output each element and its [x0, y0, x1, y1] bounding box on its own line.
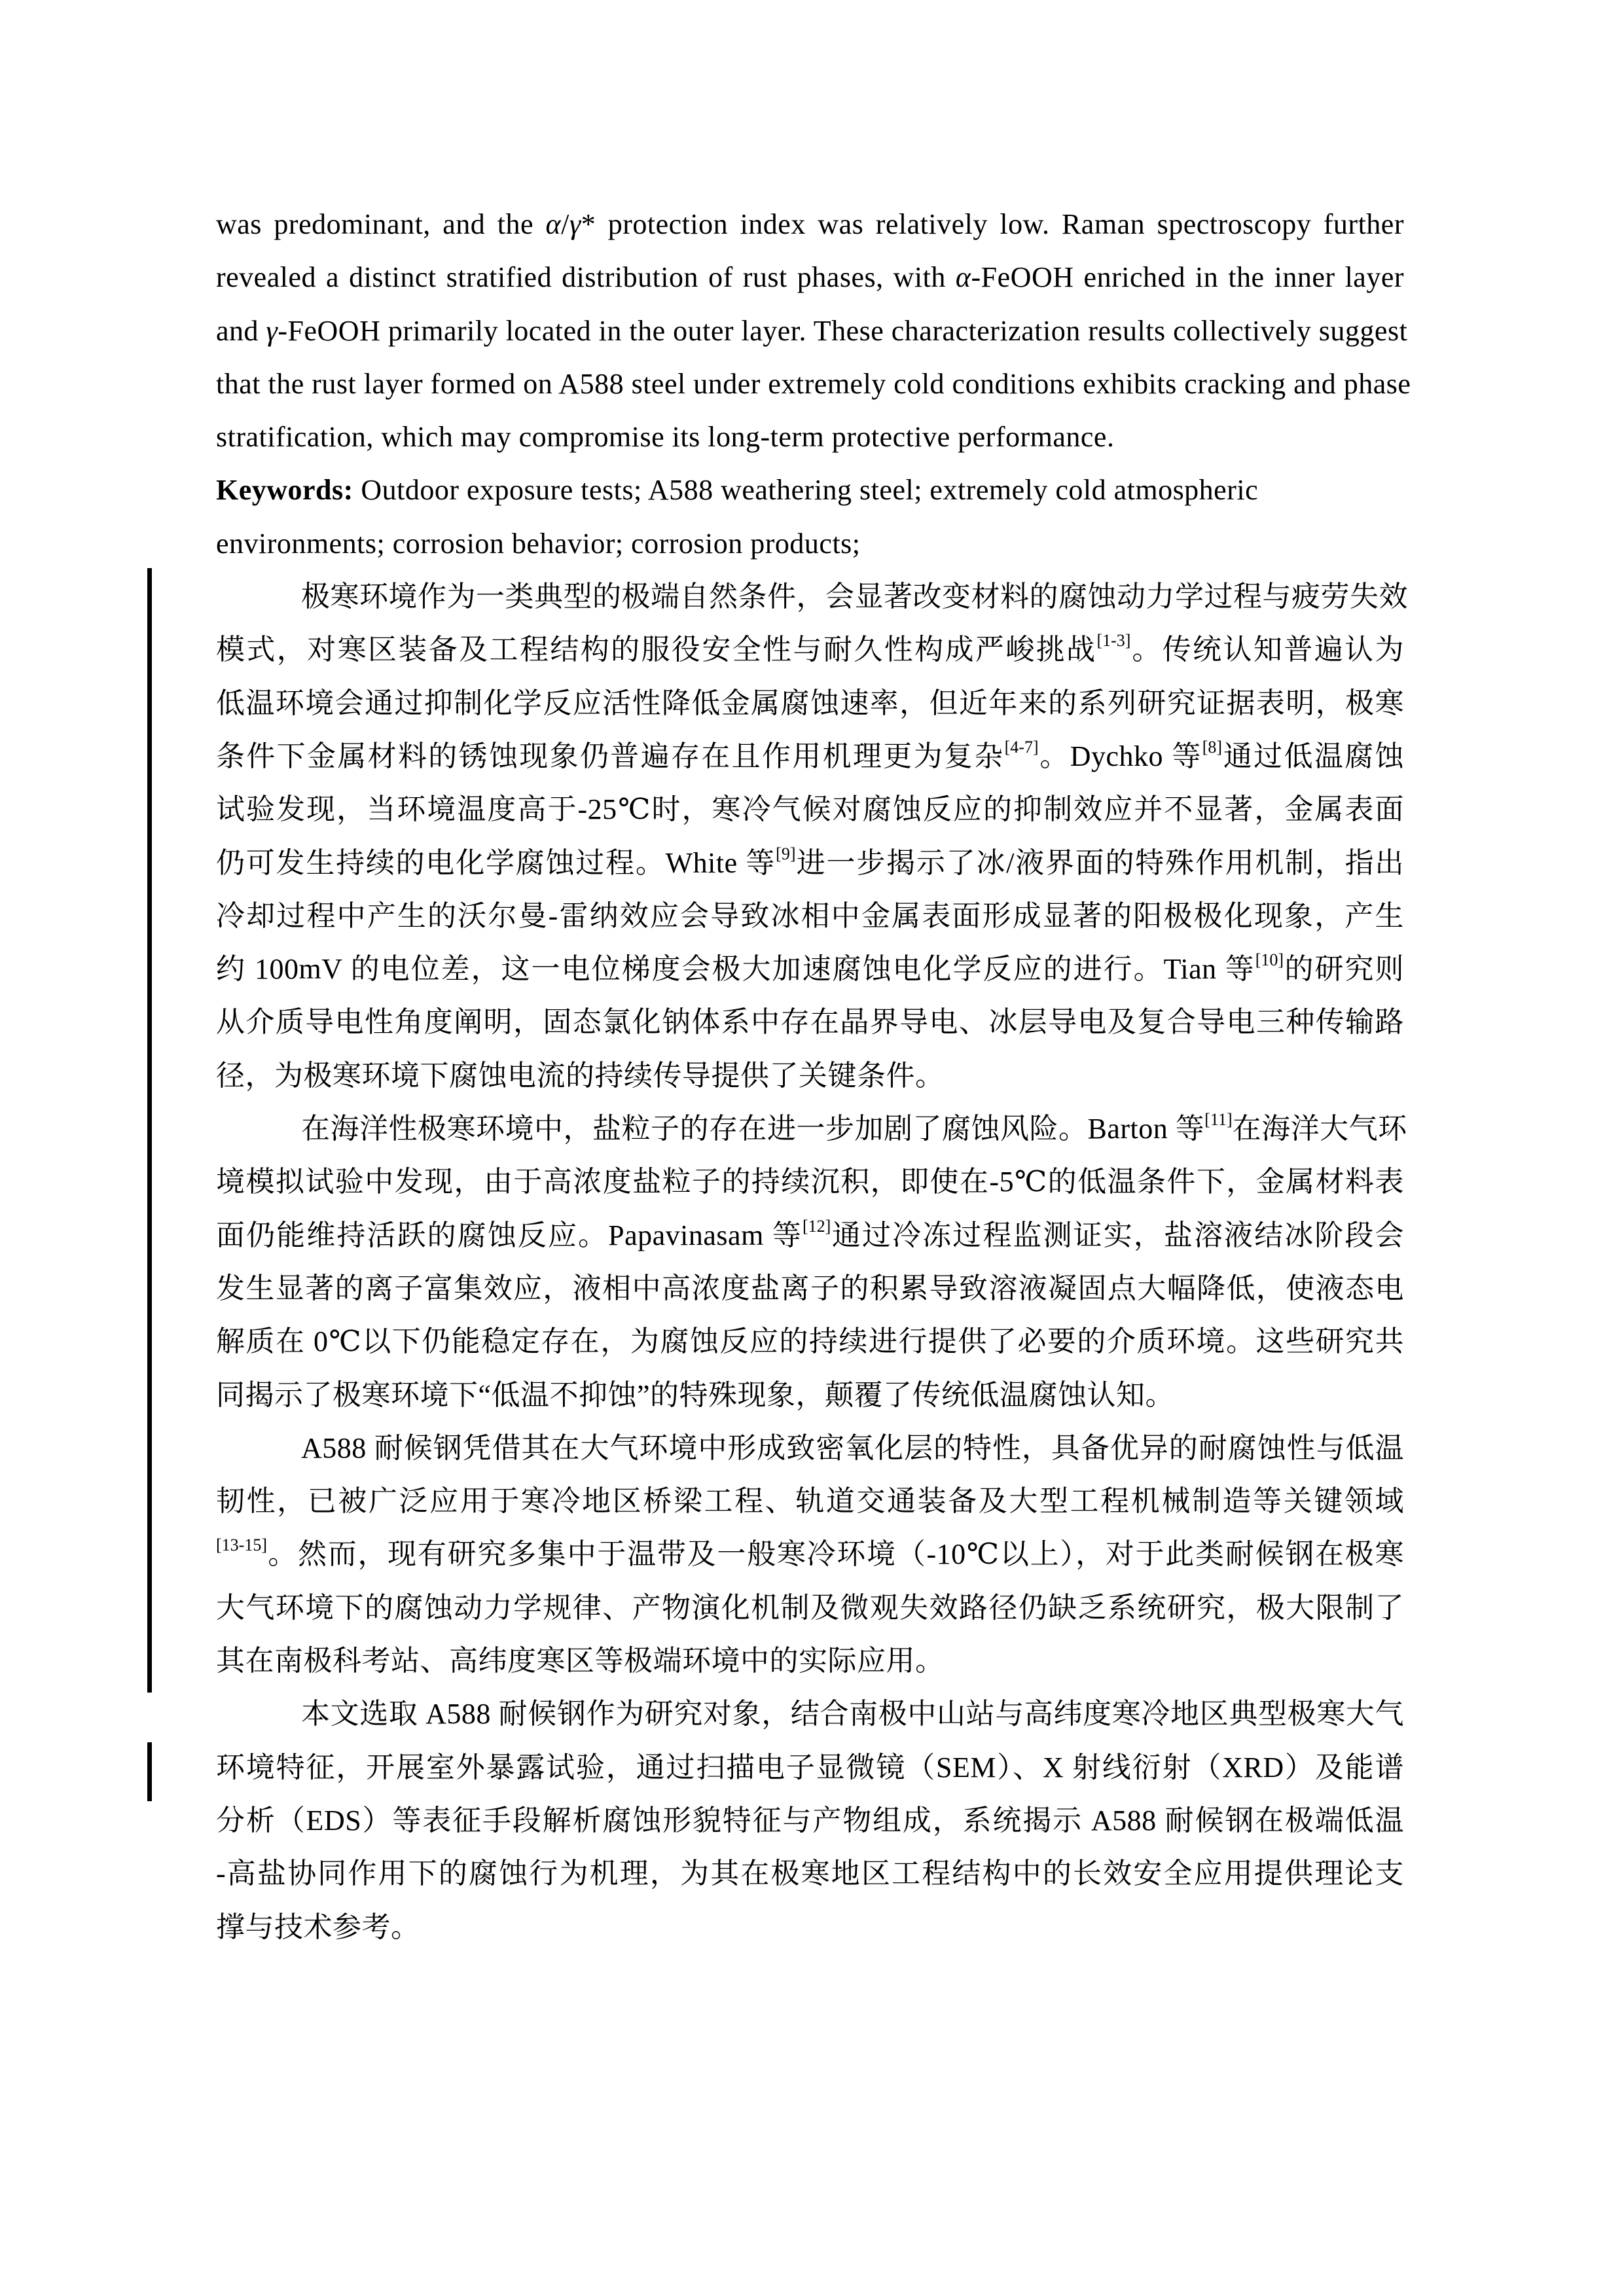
citation-superscript: [12] — [803, 1217, 831, 1236]
text-segment: 约 100mV 的电位差，这一电位梯度会极大加速腐蚀电化学反应的进行。Tian … — [216, 953, 1255, 985]
text-line: 冷却过程中产生的沃尔曼-雷纳效应会导致冰相中金属表面形成显著的阳极极化现象，产生 — [216, 889, 1404, 942]
revision-bar-long — [147, 568, 152, 1693]
text-segment: was predominant, and the — [216, 208, 546, 240]
text-line: 分析（EDS）等表征手段解析腐蚀形貌特征与产物组成，系统揭示 A588 耐候钢在… — [216, 1794, 1404, 1847]
text-segment: / — [561, 208, 569, 240]
text-segment: revealed a distinct stratified distribut… — [216, 261, 956, 293]
text-segment: 。Dychko 等 — [1039, 740, 1202, 772]
text-segment: 试验发现，当环境温度高于-25℃时，寒冷气候对腐蚀反应的抑制效应并不显著，金属表… — [216, 793, 1404, 825]
text-segment: 仍可发生持续的电化学腐蚀过程。White 等 — [216, 847, 776, 879]
text-segment: 进一步揭示了冰/液界面的特殊作用机制，指出 — [796, 847, 1404, 879]
text-segment: Keywords: — [216, 474, 353, 506]
text-segment: * protection index was relatively low. R… — [581, 208, 1404, 240]
text-line: -高盐协同作用下的腐蚀行为机理，为其在极寒地区工程结构中的长效安全应用提供理论支 — [216, 1847, 1404, 1900]
text-segment: 同揭示了极寒环境下“低温不抑蚀”的特殊现象，颠覆了传统低温腐蚀认知。 — [216, 1379, 1174, 1411]
text-segment: 发生显著的离子富集效应，液相中高浓度盐离子的积累导致溶液凝固点大幅降低，使液态电 — [216, 1272, 1404, 1304]
text-segment: 通过冷冻过程监测证实，盐溶液结冰阶段会 — [831, 1219, 1404, 1251]
text-line: Keywords: Outdoor exposure tests; A588 w… — [216, 463, 1404, 516]
text-segment: 韧性，已被广泛应用于寒冷地区桥梁工程、轨道交通装备及大型工程机械制造等关键领域 — [216, 1485, 1404, 1517]
text-segment: 面仍能维持活跃的腐蚀反应。Papavinasam 等 — [216, 1219, 803, 1251]
text-segment: 大气环境下的腐蚀动力学规律、产物演化机制及微观失效路径仍缺乏系统研究，极大限制了 — [216, 1592, 1404, 1624]
text-segment: 。传统认知普遍认为 — [1130, 634, 1404, 666]
citation-superscript: [9] — [776, 844, 795, 863]
text-line: that the rust layer formed on A588 steel… — [216, 357, 1404, 410]
text-segment: 在海洋性极寒环境中，盐粒子的存在进一步加剧了腐蚀风险。Barton 等 — [301, 1113, 1204, 1145]
text-line: stratification, which may compromise its… — [216, 410, 1404, 463]
text-segment: 。然而，现有研究多集中于温带及一般寒冷环境（-10℃以上），对于此类耐候钢在极寒 — [267, 1538, 1404, 1570]
citation-superscript: [10] — [1255, 950, 1284, 969]
text-line: 约 100mV 的电位差，这一电位梯度会极大加速腐蚀电化学反应的进行。Tian … — [216, 942, 1404, 996]
text-line: 在海洋性极寒环境中，盐粒子的存在进一步加剧了腐蚀风险。Barton 等[11]在… — [216, 1102, 1404, 1155]
text-line: 本文选取 A588 耐候钢作为研究对象，结合南极中山站与高纬度寒冷地区典型极寒大… — [216, 1687, 1404, 1740]
text-segment: -FeOOH primarily located in the outer la… — [278, 315, 1407, 347]
text-segment: α — [956, 261, 971, 293]
text-segment: 径，为极寒环境下腐蚀电流的持续传导提供了关键条件。 — [216, 1060, 945, 1092]
text-segment: that the rust layer formed on A588 steel… — [216, 368, 1411, 400]
text-line: 极寒环境作为一类典型的极端自然条件，会显著改变材料的腐蚀动力学过程与疲劳失效 — [216, 570, 1404, 623]
text-segment: 极寒环境作为一类典型的极端自然条件，会显著改变材料的腐蚀动力学过程与疲劳失效 — [301, 581, 1408, 613]
text-segment: 环境特征，开展室外暴露试验，通过扫描电子显微镜（SEM）、X 射线衍射（XRD）… — [216, 1751, 1404, 1784]
text-segment: 模式，对寒区装备及工程结构的服役安全性与耐久性构成严峻挑战 — [216, 634, 1096, 666]
text-block: was predominant, and the α/γ* protection… — [216, 198, 1404, 1954]
citation-superscript: [8] — [1202, 738, 1222, 757]
text-segment: 解质在 0℃以下仍能稳定存在，为腐蚀反应的持续进行提供了必要的介质环境。这些研究… — [216, 1325, 1404, 1357]
text-segment: α — [546, 208, 562, 240]
text-segment: 其在南极科考站、高纬度寒区等极端环境中的实际应用。 — [216, 1645, 945, 1677]
citation-superscript: [13-15] — [216, 1535, 267, 1554]
text-segment: 在海洋大气环 — [1233, 1113, 1407, 1145]
text-line: was predominant, and the α/γ* protection… — [216, 198, 1404, 251]
text-line: revealed a distinct stratified distribut… — [216, 251, 1404, 304]
text-line: [13-15]。然而，现有研究多集中于温带及一般寒冷环境（-10℃以上），对于此… — [216, 1528, 1404, 1581]
text-line: 韧性，已被广泛应用于寒冷地区桥梁工程、轨道交通装备及大型工程机械制造等关键领域 — [216, 1475, 1404, 1528]
text-segment: 撑与技术参考。 — [216, 1911, 420, 1943]
text-segment: and — [216, 315, 266, 347]
text-segment: 冷却过程中产生的沃尔曼-雷纳效应会导致冰相中金属表面形成显著的阳极极化现象，产生 — [216, 900, 1404, 932]
text-line: 低温环境会通过抑制化学反应活性降低金属腐蚀速率，但近年来的系列研究证据表明，极寒 — [216, 677, 1404, 730]
text-line: 环境特征，开展室外暴露试验，通过扫描电子显微镜（SEM）、X 射线衍射（XRD）… — [216, 1741, 1404, 1794]
text-line: 条件下金属材料的锈蚀现象仍普遍存在且作用机理更为复杂[4-7]。Dychko 等… — [216, 730, 1404, 783]
text-segment: 分析（EDS）等表征手段解析腐蚀形貌特征与产物组成，系统揭示 A588 耐候钢在… — [216, 1804, 1404, 1837]
text-segment: 低温环境会通过抑制化学反应活性降低金属腐蚀速率，但近年来的系列研究证据表明，极寒 — [216, 687, 1404, 719]
text-line: 大气环境下的腐蚀动力学规律、产物演化机制及微观失效路径仍缺乏系统研究，极大限制了 — [216, 1581, 1404, 1634]
text-segment: Outdoor exposure tests; A588 weathering … — [353, 474, 1258, 506]
text-line: 试验发现，当环境温度高于-25℃时，寒冷气候对腐蚀反应的抑制效应并不显著，金属表… — [216, 783, 1404, 836]
text-line: 径，为极寒环境下腐蚀电流的持续传导提供了关键条件。 — [216, 1049, 1404, 1102]
text-line: 其在南极科考站、高纬度寒区等极端环境中的实际应用。 — [216, 1634, 1404, 1687]
text-line: 模式，对寒区装备及工程结构的服役安全性与耐久性构成严峻挑战[1-3]。传统认知普… — [216, 623, 1404, 676]
text-segment: stratification, which may compromise its… — [216, 421, 1114, 453]
text-segment: environments; corrosion behavior; corros… — [216, 528, 861, 560]
text-segment: 本文选取 A588 耐候钢作为研究对象，结合南极中山站与高纬度寒冷地区典型极寒大… — [301, 1698, 1404, 1730]
text-segment: 条件下金属材料的锈蚀现象仍普遍存在且作用机理更为复杂 — [216, 740, 1005, 772]
text-segment: 的研究则 — [1284, 953, 1404, 985]
citation-superscript: [1-3] — [1096, 631, 1130, 650]
text-line: 解质在 0℃以下仍能稳定存在，为腐蚀反应的持续进行提供了必要的介质环境。这些研究… — [216, 1315, 1404, 1368]
text-segment: γ — [569, 208, 581, 240]
text-line: and γ-FeOOH primarily located in the out… — [216, 304, 1404, 357]
text-line: 境模拟试验中发现，由于高浓度盐粒子的持续沉积，即使在-5℃的低温条件下，金属材料… — [216, 1155, 1404, 1208]
text-line: 撑与技术参考。 — [216, 1901, 1404, 1954]
text-segment: A588 耐候钢凭借其在大气环境中形成致密氧化层的特性，具备优异的耐腐蚀性与低温 — [301, 1432, 1404, 1464]
text-segment: γ — [266, 315, 278, 347]
text-line: environments; corrosion behavior; corros… — [216, 517, 1404, 570]
text-segment: -高盐协同作用下的腐蚀行为机理，为其在极寒地区工程结构中的长效安全应用提供理论支 — [216, 1857, 1404, 1890]
text-line: A588 耐候钢凭借其在大气环境中形成致密氧化层的特性，具备优异的耐腐蚀性与低温 — [216, 1422, 1404, 1475]
text-segment: 从介质导电性角度阐明，固态氯化钠体系中存在晶界导电、冰层导电及复合导电三种传输路 — [216, 1006, 1404, 1038]
text-line: 仍可发生持续的电化学腐蚀过程。White 等[9]进一步揭示了冰/液界面的特殊作… — [216, 836, 1404, 889]
manuscript-page: was predominant, and the α/γ* protection… — [0, 0, 1624, 2296]
text-line: 同揭示了极寒环境下“低温不抑蚀”的特殊现象，颠覆了传统低温腐蚀认知。 — [216, 1369, 1404, 1422]
text-line: 从介质导电性角度阐明，固态氯化钠体系中存在晶界导电、冰层导电及复合导电三种传输路 — [216, 996, 1404, 1049]
text-line: 发生显著的离子富集效应，液相中高浓度盐离子的积累导致溶液凝固点大幅降低，使液态电 — [216, 1262, 1404, 1315]
revision-bar-short — [147, 1742, 152, 1801]
text-segment: -FeOOH enriched in the inner layer — [971, 261, 1404, 293]
text-segment: 境模拟试验中发现，由于高浓度盐粒子的持续沉积，即使在-5℃的低温条件下，金属材料… — [216, 1166, 1404, 1198]
text-segment: 通过低温腐蚀 — [1222, 740, 1404, 772]
citation-superscript: [4-7] — [1005, 738, 1039, 757]
text-line: 面仍能维持活跃的腐蚀反应。Papavinasam 等[12]通过冷冻过程监测证实… — [216, 1209, 1404, 1262]
citation-superscript: [11] — [1204, 1110, 1232, 1129]
